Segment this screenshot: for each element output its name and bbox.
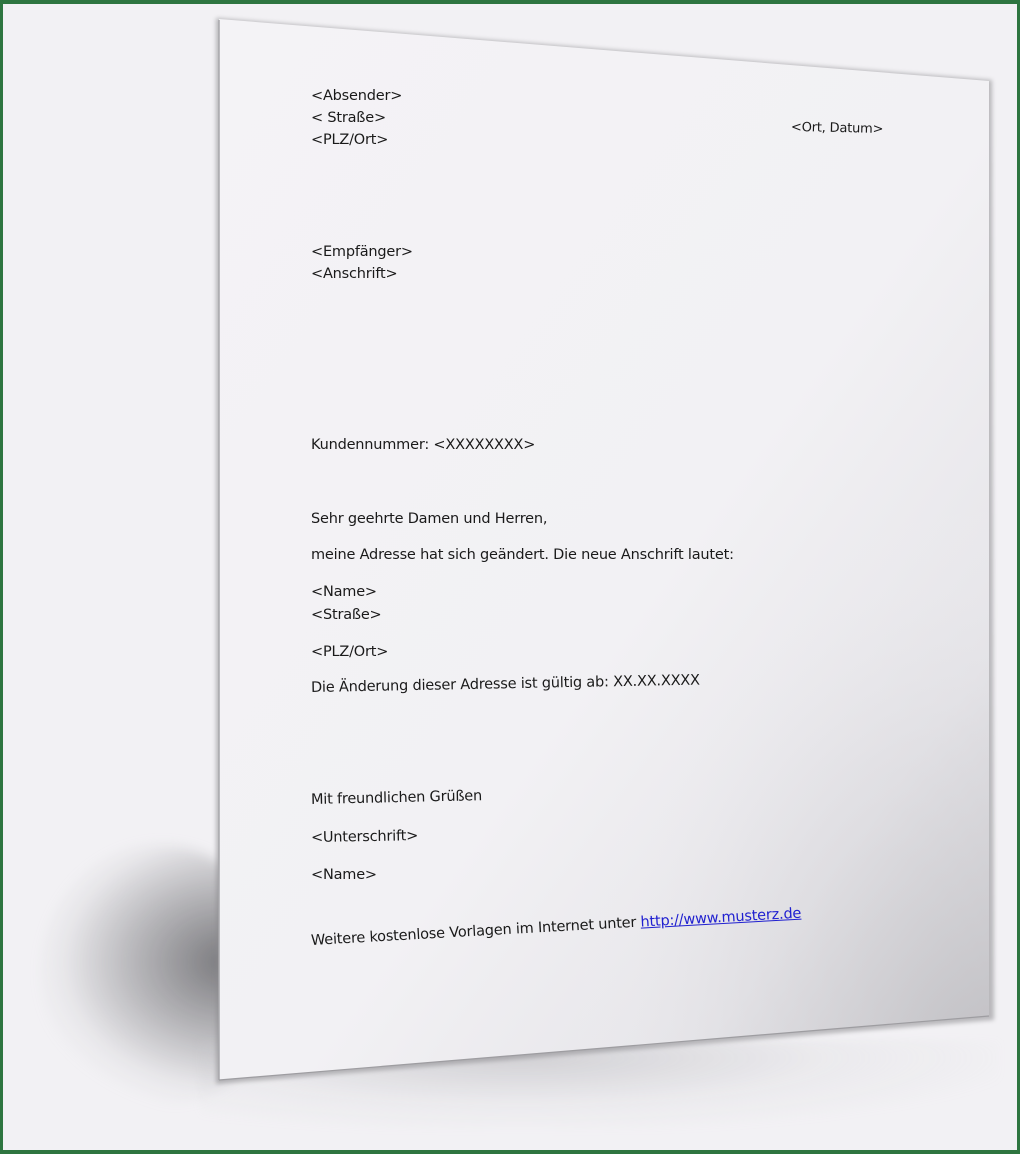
sender-street: < Straße> <box>311 110 386 126</box>
place-date: <Ort, Datum> <box>791 120 884 137</box>
footer-text: Weitere kostenlose Vorlagen im Internet … <box>311 915 641 949</box>
sender-city: <PLZ/Ort> <box>311 132 388 148</box>
recipient-name: <Empfänger> <box>311 244 413 260</box>
customer-number: Kundennummer: <XXXXXXXX> <box>311 437 535 453</box>
valid-from: Die Änderung dieser Adresse ist gültig a… <box>311 673 700 696</box>
new-address-name: <Name> <box>311 584 377 600</box>
body-intro: meine Adresse hat sich geändert. Die neu… <box>311 547 734 563</box>
new-address-city: <PLZ/Ort> <box>311 644 388 660</box>
letter-content: <Absender> < Straße> <PLZ/Ort> <Ort, Dat… <box>0 0 1020 1154</box>
footer-note: Weitere kostenlose Vorlagen im Internet … <box>311 906 802 949</box>
new-address-street: <Straße> <box>311 607 382 623</box>
signature: <Unterschrift> <box>311 828 418 846</box>
closing: Mit freundlichen Grüßen <box>311 788 482 808</box>
footer-link[interactable]: http://www.musterz.de <box>640 906 802 931</box>
sender-name: <Absender> <box>311 88 402 104</box>
salutation: Sehr geehrte Damen und Herren, <box>311 511 547 527</box>
recipient-address: <Anschrift> <box>311 266 397 282</box>
signer-name: <Name> <box>311 867 377 883</box>
